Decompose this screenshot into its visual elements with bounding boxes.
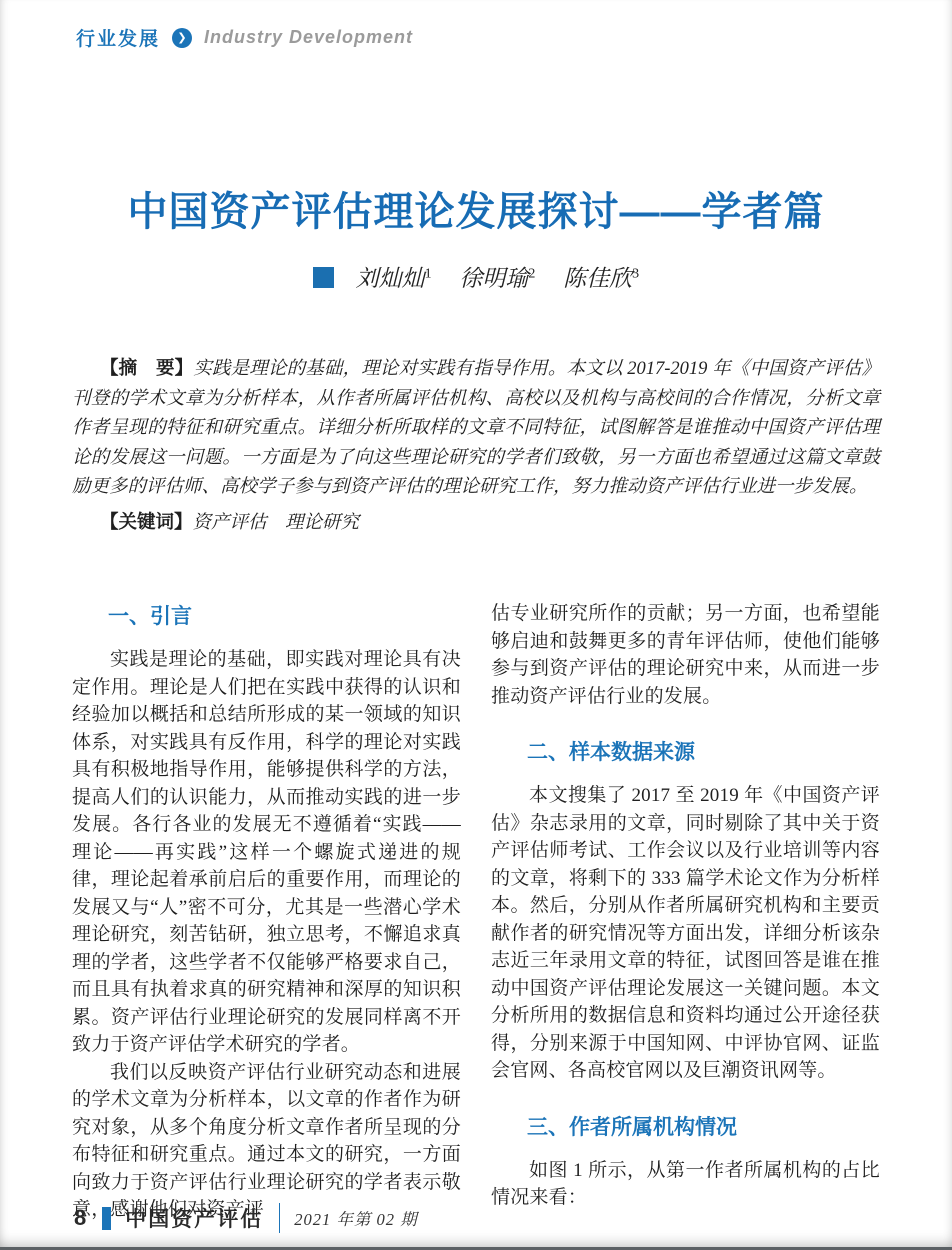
right-column: 估专业研究所作的贡献；另一方面，也希望能够启迪和鼓舞更多的青年评估师，使他们能够… [491, 600, 880, 1224]
author-line: 刘灿灿1 徐明瑜2 陈佳欣3 [0, 260, 952, 293]
journal-name: 中国资产评估 [125, 1203, 263, 1233]
body-columns: 一、引言 实践是理论的基础，即实践对理论具有决定作用。理论是人们把在实践中获得的… [72, 600, 880, 1224]
section-3-heading: 三、作者所属机构情况 [491, 1111, 880, 1141]
footer-accent-bar [102, 1207, 111, 1230]
section-2-paragraph-1: 本文搜集了 2017 至 2019 年《中国资产评估》杂志录用的文章，同时剔除了… [491, 782, 880, 1085]
category-header: 行业发展 ❯ Industry Development [76, 24, 413, 51]
section-1-paragraph-2-left: 我们以反映资产评估行业研究动态和进展的学术文章为分析样本，以文章的作者作为研究对… [72, 1059, 461, 1224]
author-3-affiliation-sup: 3 [632, 266, 639, 281]
abstract-label: 【摘 要】 [100, 357, 193, 378]
author-square-icon [313, 267, 334, 288]
author-1: 刘灿灿1 [356, 266, 432, 291]
abstract-paragraph: 【摘 要】实践是理论的基础，理论对实践有指导作用。本文以 2017-2019 年… [72, 353, 880, 503]
issue-info: 2021 年第 02 期 [294, 1206, 417, 1230]
section-1-paragraph-2-continued: 估专业研究所作的贡献；另一方面，也希望能够启迪和鼓舞更多的青年评估师，使他们能够… [491, 600, 880, 710]
chevron-circle-icon: ❯ [172, 28, 192, 48]
section-3-paragraph-1: 如图 1 所示，从第一作者所属机构的占比情况来看： [491, 1157, 880, 1212]
author-2-affiliation-sup: 2 [528, 266, 535, 281]
left-column: 一、引言 实践是理论的基础，即实践对理论具有决定作用。理论是人们把在实践中获得的… [72, 600, 461, 1224]
section-1-paragraph-1: 实践是理论的基础，即实践对理论具有决定作用。理论是人们把在实践中获得的认识和经验… [72, 646, 461, 1059]
author-2: 徐明瑜2 [459, 266, 535, 291]
author-3-name: 陈佳欣 [563, 266, 632, 291]
keywords-label: 【关键词】 [100, 511, 193, 532]
keywords-text: 资产评估 理论研究 [193, 513, 360, 533]
abstract-text: 实践是理论的基础，理论对实践有指导作用。本文以 2017-2019 年《中国资产… [72, 359, 880, 497]
keywords-line: 【关键词】资产评估 理论研究 [72, 507, 880, 539]
author-1-affiliation-sup: 1 [425, 266, 432, 281]
journal-page: 行业发展 ❯ Industry Development 中国资产评估理论发展探讨… [0, 0, 952, 1250]
page-footer: 8 中国资产评估 2021 年第 02 期 [74, 1203, 418, 1233]
category-label-en: Industry Development [204, 27, 413, 48]
footer-divider [279, 1203, 280, 1233]
author-3: 陈佳欣3 [563, 266, 639, 291]
section-2-heading: 二、样本数据来源 [491, 736, 880, 766]
category-label-cn: 行业发展 [76, 24, 160, 51]
author-1-name: 刘灿灿 [356, 266, 425, 291]
author-2-name: 徐明瑜 [459, 266, 528, 291]
page-number: 8 [74, 1205, 86, 1231]
section-1-heading: 一、引言 [72, 600, 461, 630]
